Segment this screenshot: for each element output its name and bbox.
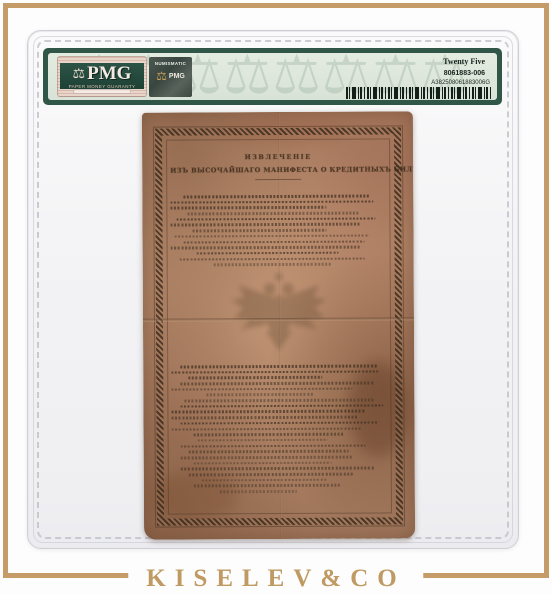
text-line <box>179 257 365 261</box>
text-line <box>177 217 376 221</box>
text-line <box>171 416 357 420</box>
text-line <box>171 370 378 374</box>
text-line <box>175 234 369 238</box>
pmg-logo-ribbon <box>73 89 131 94</box>
text-line <box>189 376 323 379</box>
text-line <box>171 246 361 250</box>
pmg-logo-band: ⚖ PMG PAPER MONEY GUARANTY <box>60 63 144 89</box>
text-line <box>170 200 373 204</box>
text-line <box>189 450 349 453</box>
text-line <box>170 223 360 227</box>
grade-text: Twenty Five <box>443 57 485 66</box>
text-line <box>180 444 366 448</box>
text-line <box>206 393 314 396</box>
foil-title: NUMISMATIC <box>155 61 186 66</box>
product-photo: ⚖⚖⚖⚖⚖⚖⚖⚖ ⚖ PMG PAPER MONEY GUARANTY NUMI… <box>0 0 552 594</box>
text-line <box>172 427 362 431</box>
text-line <box>189 473 353 476</box>
barcode <box>346 87 492 99</box>
text-line <box>171 410 365 414</box>
text-line <box>180 404 383 408</box>
text-line <box>219 490 297 493</box>
text-line <box>184 240 365 244</box>
brand-wordmark: KISELEV&CO <box>128 563 423 594</box>
text-line <box>214 263 333 266</box>
text-line <box>192 229 326 232</box>
pmg-logo-text: PMG <box>87 64 131 83</box>
pmg-logo-caption: PAPER MONEY GUARANTY <box>69 84 136 89</box>
label-panel: ⚖⚖⚖⚖⚖⚖⚖⚖ ⚖ PMG PAPER MONEY GUARANTY NUMI… <box>48 53 497 100</box>
scales-icon: ⚖ <box>73 66 86 80</box>
text-line <box>188 212 361 215</box>
foil-scales-icon: ⚖ <box>156 70 167 82</box>
banknote: ИЗВЛЕЧЕНІЕ ИЗЪ ВЫСОЧАЙШАГО МАНИФЕСТА О К… <box>142 111 415 539</box>
text-line <box>202 478 327 481</box>
text-line <box>193 461 331 464</box>
hologram-foil: NUMISMATIC ⚖ PMG <box>149 57 192 97</box>
text-line <box>180 456 353 459</box>
cert-number: 8061883-006 <box>444 70 485 77</box>
text-line <box>193 433 344 436</box>
grading-label: ⚖⚖⚖⚖⚖⚖⚖⚖ ⚖ PMG PAPER MONEY GUARANTY NUMI… <box>43 48 502 105</box>
text-line <box>193 484 340 487</box>
text-line <box>171 387 352 391</box>
text-line <box>180 381 374 385</box>
text-line <box>170 206 326 209</box>
foil-pmg-text: PMG <box>169 73 185 80</box>
text-line <box>197 252 340 255</box>
text-line <box>180 467 374 471</box>
label-right-block: Twenty Five 8061883-006 A382508061883006… <box>285 53 485 100</box>
text-line <box>183 195 369 199</box>
pmg-logo: ⚖ PMG PAPER MONEY GUARANTY <box>57 56 147 97</box>
barcode-number: A382508061883006G <box>431 80 490 86</box>
text-line <box>198 439 328 442</box>
